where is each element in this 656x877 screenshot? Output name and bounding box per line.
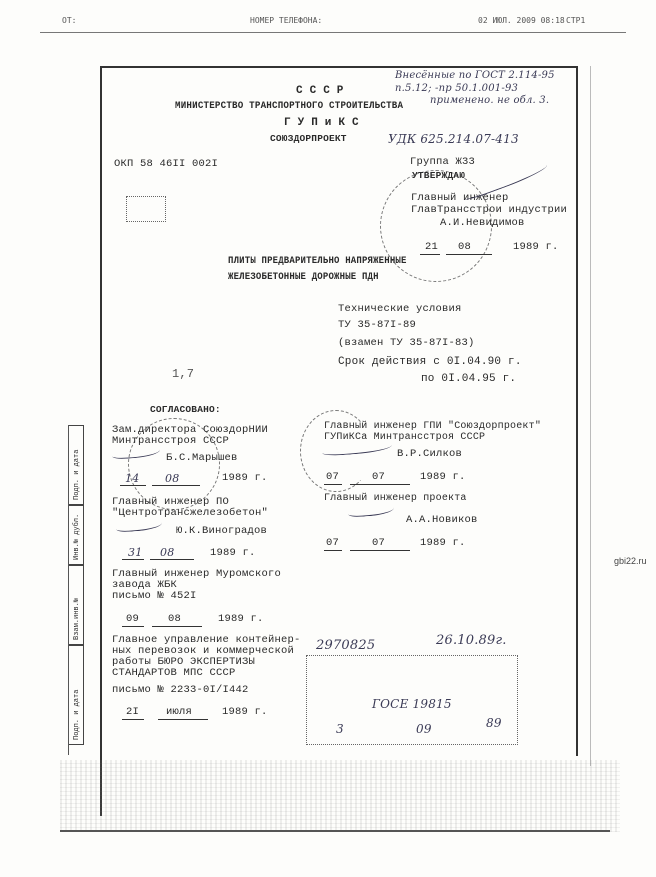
left-sig3-line3: письмо № 452I [112,590,197,602]
frame-right-outer [590,66,591,766]
approval-label: УТВЕРЖДАЮ [412,170,465,181]
spec-valid-to: по 0I.04.95 г. [421,373,516,385]
watermark: gbi22.ru [614,556,647,566]
right-sig2-day-line [324,550,342,551]
title-line1: ПЛИТЫ ПРЕДВАРИТЕЛЬНО НАПРЯЖЕННЫЕ [228,256,407,267]
side-cell-2-label: Инв.№ дубл. [73,514,81,560]
udk-code: УДК 625.214.07-413 [388,132,519,146]
left-sig4-month-line [158,719,208,720]
left-sig1-month: 08 [165,472,179,485]
right-sig1-line1: Главный инженер ГПИ "Союздорпроект" [324,421,541,432]
right-sig1-line2: ГУПиКСа Минтрансстроя СССР [324,432,485,443]
spec-type: Технические условия [338,303,462,315]
left-sig3-month-line [152,626,202,627]
right-sig2-day: 07 [326,537,339,549]
left-sig2-month-line [150,559,194,560]
left-sig2-line2: "Центротрансжелезобетон" [112,507,268,519]
left-sig3-day-line [122,626,144,627]
bottom-rule [60,830,610,832]
side-cell-3: Взам.инв.№ [69,565,84,645]
registration-stamp-note: ГОСЕ 19815 [372,697,452,711]
right-sig2-month-line [350,550,410,551]
side-cell-2: Инв.№ дубл. [69,505,84,565]
fax-from-label: ОТ: [62,16,76,25]
registration-mark-c: 89 [486,716,502,730]
left-sig2-month: 08 [160,546,174,559]
spec-replaces: (взамен ТУ 35-87I-83) [338,337,475,349]
right-sig1-day: 07 [326,471,339,483]
approval-position-line1: Главный инженер [411,192,509,204]
right-sig1-name: В.Р.Силков [397,448,462,460]
left-sig2-day-line [122,559,144,560]
fax-phone-label: НОМЕР ТЕЛЕФОНА: [250,16,322,25]
small-box-stamp [126,196,166,222]
handwritten-note-line1: Внесённые по ГОСТ 2.114-95 [395,70,555,81]
right-sig1-day-line [324,484,342,485]
approval-day: 21 [425,241,438,253]
left-sig2-signature [116,518,163,532]
left-sig3-year: 1989 г. [218,613,264,625]
side-cell-3-label: Взам.инв.№ [73,598,81,640]
left-sig4-day: 2I [126,706,139,718]
margin-mark: 1,7 [172,367,194,381]
right-sig1-month: 07 [372,471,385,483]
approval-name: А.И.Невидимов [440,217,525,229]
left-sig4-day-line [122,719,144,720]
side-cell-1-label: Подп. и дата [73,450,81,500]
right-sig1-month-line [350,484,410,485]
left-sig2-day: 31 [128,546,142,559]
side-cell-1: Подп. и дата [69,425,84,505]
heading-directorate: Г У П и К С [284,117,359,129]
left-sig1-line2: Минтрансстроя СССР [112,435,229,447]
fax-page: СТР1 [566,16,585,25]
left-sig2-year: 1989 г. [210,547,256,559]
approval-year: 1989 г. [513,241,559,253]
left-sig1-name: Б.С.Марышев [166,452,238,464]
left-sig3-month: 08 [168,613,181,625]
right-sig2-year: 1989 г. [420,537,466,549]
left-sig1-day: 14 [125,472,139,485]
approval-day-line [420,254,440,255]
left-sig2-name: Ю.К.Виноградов [176,525,267,537]
left-sig1-day-line [120,485,146,486]
side-stamp-strip: Подп. и дата Инв.№ дубл. Взам.инв.№ Подп… [68,425,101,755]
frame-right [576,66,578,756]
handwritten-note-line2: п.5.12; -пр 50.1.001-93 [395,83,518,94]
right-sig2-month: 07 [372,537,385,549]
side-cell-4: Подп. и дата [69,645,84,745]
registration-mark-a: 3 [336,722,344,736]
approval-month: 08 [458,241,471,253]
left-sig4-line5: письмо № 2233-0I/I442 [112,684,249,696]
left-sig3-day: 09 [126,613,139,625]
agreed-label: СОГЛАСОВАНО: [150,404,221,415]
heading-country: С С С Р [296,85,344,97]
spec-valid-from: Срок действия с 0I.04.90 г. [338,356,522,368]
title-line2: ЖЕЛЕЗОБЕТОННЫЕ ДОРОЖНЫЕ ПДН [228,272,379,283]
left-sig1-month-line [152,485,200,486]
faded-bottom-area [60,760,620,832]
handwritten-note-line3: применено. не обл. 3. [430,95,549,106]
frame-top [100,66,578,68]
registration-date: 26.10.89г. [436,633,507,648]
left-sig4-year: 1989 г. [222,706,268,718]
okp-code: ОКП 58 46II 002I [114,158,218,170]
spec-code: ТУ 35-87I-89 [338,319,416,331]
approval-month-line [446,254,492,255]
right-sig2-name: А.А.Новиков [406,514,478,526]
registration-number: 2970825 [316,638,375,653]
group-code: Группа Ж33 [410,156,475,168]
approval-position-line2: ГлавТрансстрои индустрии [411,204,567,216]
left-sig4-month: июля [166,706,192,718]
fax-datetime: 02 ИЮЛ. 2009 08:18 [478,16,565,25]
right-sig2-line1: Главный инженер проекта [324,493,467,504]
registration-mark-b: 09 [416,722,432,736]
heading-organization: СОЮЗДОРПРОЕКТ [270,133,347,144]
heading-ministry: МИНИСТЕРСТВО ТРАНСПОРТНОГО СТРОИТЕЛЬСТВА [175,101,403,112]
fax-header: ОТ: НОМЕР ТЕЛЕФОНА: 02 ИЮЛ. 2009 08:18 С… [58,14,608,32]
right-sig1-year: 1989 г. [420,471,466,483]
fax-rule [40,32,626,33]
left-sig1-year: 1989 г. [222,472,268,484]
right-sig2-signature [348,503,395,517]
side-cell-4-label: Подп. и дата [73,690,81,740]
left-sig4-line4: СТАНДАРТОВ МПС СССР [112,667,236,679]
